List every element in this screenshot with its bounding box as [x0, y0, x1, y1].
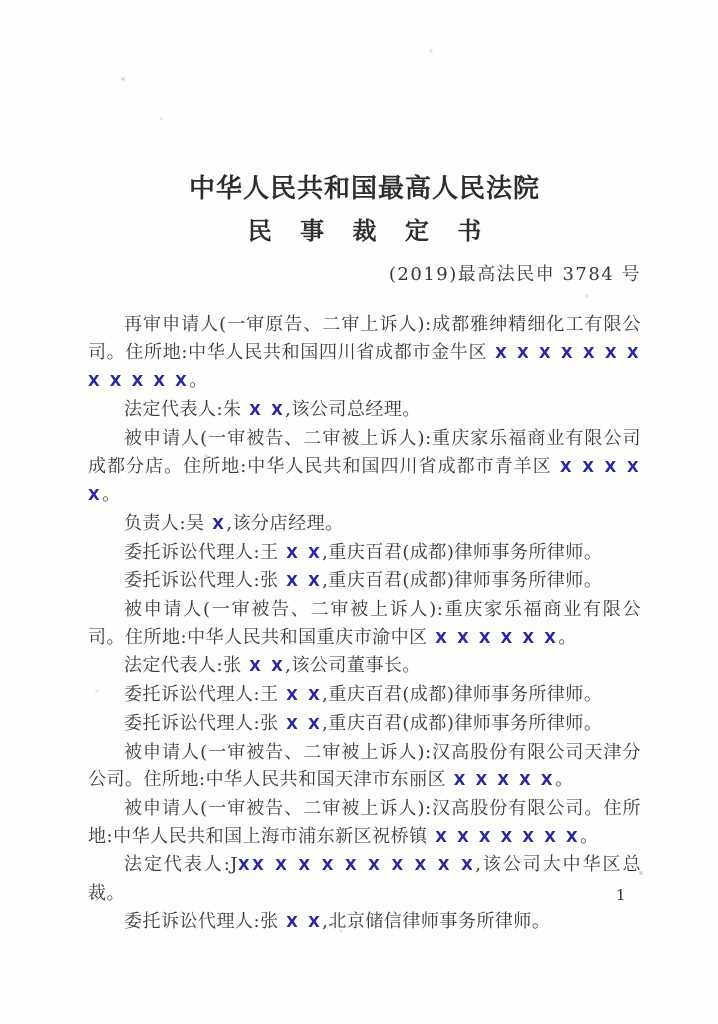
text-segment: 。	[580, 826, 599, 847]
paragraph: 法定代表人:朱 X X,该公司总经理。	[88, 396, 641, 425]
text-segment: ,重庆百君(成都)律师事务所律师。	[322, 713, 602, 734]
paragraph: 法定代表人:张 X X,该公司董事长。	[88, 652, 641, 681]
paragraph: 法定代表人:JXX X X X X X X X X X,该公司大中华区总裁。	[88, 851, 641, 907]
paragraph: 再审申请人(一审原告、二审上诉人):成都雅绅精细化工有限公司。住所地:中华人民共…	[88, 311, 641, 396]
redacted-text: X X X X X	[446, 771, 555, 789]
text-segment: 。	[189, 370, 208, 391]
text-segment: ,北京储信律师事务所律师。	[322, 911, 550, 932]
text-segment: ,该公司董事长。	[285, 655, 421, 676]
redacted-text: X X	[242, 657, 286, 675]
paragraph: 被申请人(一审被告、二审被上诉人):重庆家乐福商业有限公司成都分店。住所地:中华…	[88, 425, 641, 510]
text-segment: 。	[558, 627, 577, 648]
text-segment: 委托诉讼代理人:张	[124, 570, 279, 591]
page-number: 1	[616, 886, 626, 904]
body-paragraphs: 再审申请人(一审原告、二审上诉人):成都雅绅精细化工有限公司。住所地:中华人民共…	[88, 311, 641, 936]
text-segment: 委托诉讼代理人:王	[124, 684, 279, 705]
text-segment: ,重庆百君(成都)律师事务所律师。	[322, 684, 602, 705]
redacted-text: X X	[279, 913, 323, 931]
paragraph: 被申请人(一审被告、二审被上诉人):重庆家乐福商业有限公司。住所地:中华人民共和…	[88, 596, 641, 652]
text-segment: ,该分店经理。	[226, 513, 343, 534]
text-segment: 法定代表人:朱	[124, 399, 242, 420]
text-segment: 法定代表人:J	[124, 854, 238, 875]
redacted-text: XX X X X X X X X X X	[238, 856, 475, 874]
document-title: 民 事 裁 定 书	[88, 211, 641, 246]
redacted-text: X	[205, 515, 227, 533]
text-segment: ,重庆百君(成都)律师事务所律师。	[322, 570, 602, 591]
text-segment: 。	[102, 484, 121, 505]
paragraph: 委托诉讼代理人:张 X X,北京储信律师事务所律师。	[88, 908, 641, 937]
paragraph: 委托诉讼代理人:王 X X,重庆百君(成都)律师事务所律师。	[88, 681, 641, 710]
text-segment: ,重庆百君(成都)律师事务所律师。	[322, 542, 602, 563]
document-page: 中华人民共和国最高人民法院 民 事 裁 定 书 (2019)最高法民申 3784…	[0, 0, 718, 1024]
redacted-text: X X	[279, 715, 323, 733]
paragraph: 委托诉讼代理人:王 X X,重庆百君(成都)律师事务所律师。	[88, 539, 641, 568]
redacted-text: X X X X X X	[428, 629, 559, 647]
text-segment: 。	[555, 769, 574, 790]
paragraph: 负责人:吴 X,该分店经理。	[88, 510, 641, 539]
paragraph: 被申请人(一审被告、二审被上诉人):汉高股份有限公司天津分公司。住所地:中华人民…	[88, 739, 641, 795]
text-segment: ,该公司总经理。	[285, 399, 421, 420]
text-segment: 委托诉讼代理人:王	[124, 542, 279, 563]
redacted-text: X X X X X X X	[428, 828, 581, 846]
text-segment: 负责人:吴	[124, 513, 205, 534]
redacted-text: X X	[279, 686, 323, 704]
paragraph: 被申请人(一审被告、二审被上诉人):汉高股份有限公司。住所地:中华人民共和国上海…	[88, 795, 641, 851]
court-name: 中华人民共和国最高人民法院	[88, 168, 641, 205]
text-segment: 委托诉讼代理人:张	[124, 713, 279, 734]
scan-noise	[0, 0, 2, 2]
case-number: (2019)最高法民申 3784 号	[389, 260, 641, 286]
text-segment: 法定代表人:张	[124, 655, 242, 676]
text-segment: 委托诉讼代理人:张	[124, 911, 279, 932]
redacted-text: X X	[279, 544, 323, 562]
paragraph: 委托诉讼代理人:张 X X,重庆百君(成都)律师事务所律师。	[88, 567, 641, 596]
paragraph: 委托诉讼代理人:张 X X,重庆百君(成都)律师事务所律师。	[88, 710, 641, 739]
redacted-text: X X	[279, 572, 323, 590]
redacted-text: X X	[242, 401, 286, 419]
